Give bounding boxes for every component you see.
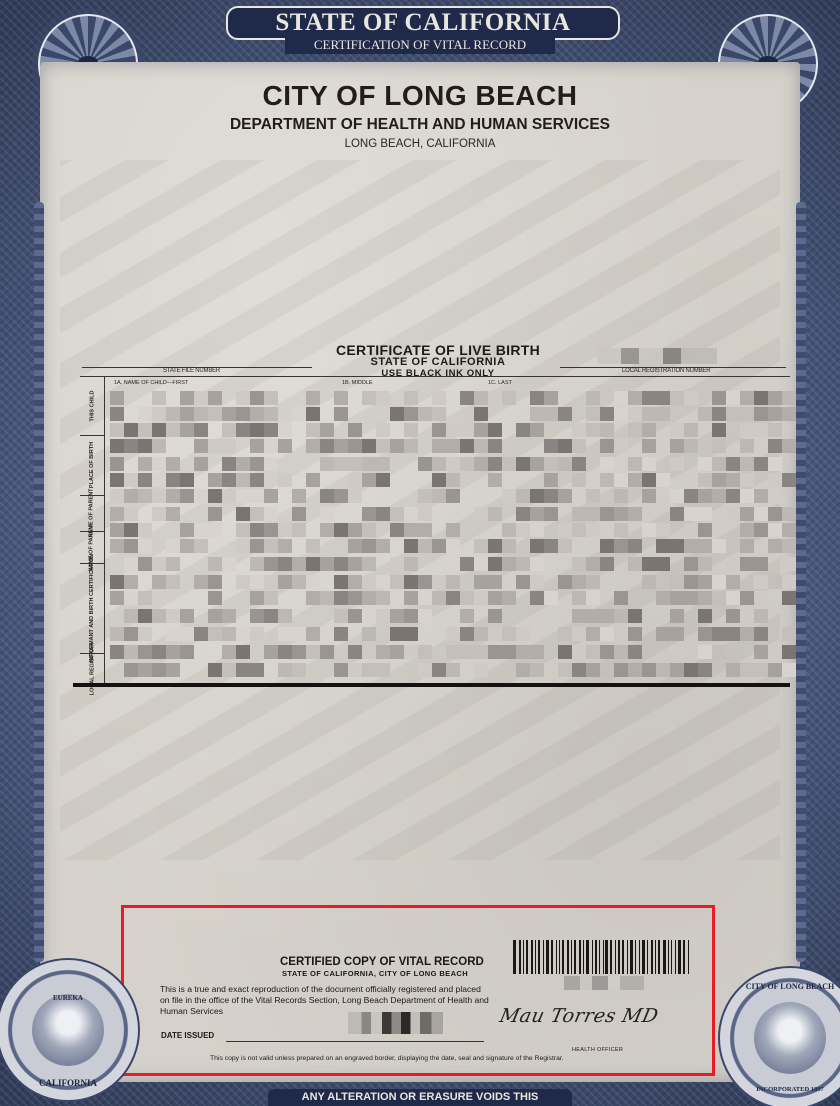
field-label-middle-name: 1B. MIDDLE [342,380,373,386]
section-local-registrar: LOCAL REGISTRAR [80,653,104,684]
city-title: CITY OF LONG BEACH [0,80,840,112]
section-labels: THIS CHILD PLACE OF BIRTH NAME OF PARENT… [80,377,105,684]
local-reg-value-redacted [597,348,717,364]
california-state-seal: EUREKA CALIFORNIA [0,958,140,1102]
local-reg-label: LOCAL REGISTRATION NUMBER [622,368,710,374]
form-bottom-rule [73,683,790,687]
border-scallop-right [796,202,806,962]
seal-minerva-icon [32,994,104,1066]
state-file-label: STATE FILE NUMBER [163,368,220,374]
birth-record-form: THIS CHILD PLACE OF BIRTH NAME OF PARENT… [80,376,790,686]
certification-banner: CERTIFICATION OF VITAL RECORD [285,36,555,54]
border-scallop-left [34,202,44,962]
alteration-warning: ANY ALTERATION OR ERASURE VOIDS THIS CER… [268,1089,572,1106]
department-title: DEPARTMENT OF HEALTH AND HUMAN SERVICES [0,116,840,134]
seal-sunrise-icon [754,1002,826,1074]
field-label-first-name: 1A. NAME OF CHILD—FIRST [114,380,188,386]
section-informant: INFORMANT AND BIRTH CERTIFICATION [80,563,104,654]
long-beach-city-seal: CITY OF LONG BEACH INCORPORATED 1897 [718,966,840,1106]
state-banner: STATE OF CALIFORNIA [226,6,620,40]
section-place-of-birth: PLACE OF BIRTH [80,435,104,496]
section-this-child: THIS CHILD [80,377,104,436]
location-text: LONG BEACH, CALIFORNIA [0,138,840,150]
highlight-box [121,905,715,1076]
field-label-last-name: 1C. LAST [488,380,512,386]
